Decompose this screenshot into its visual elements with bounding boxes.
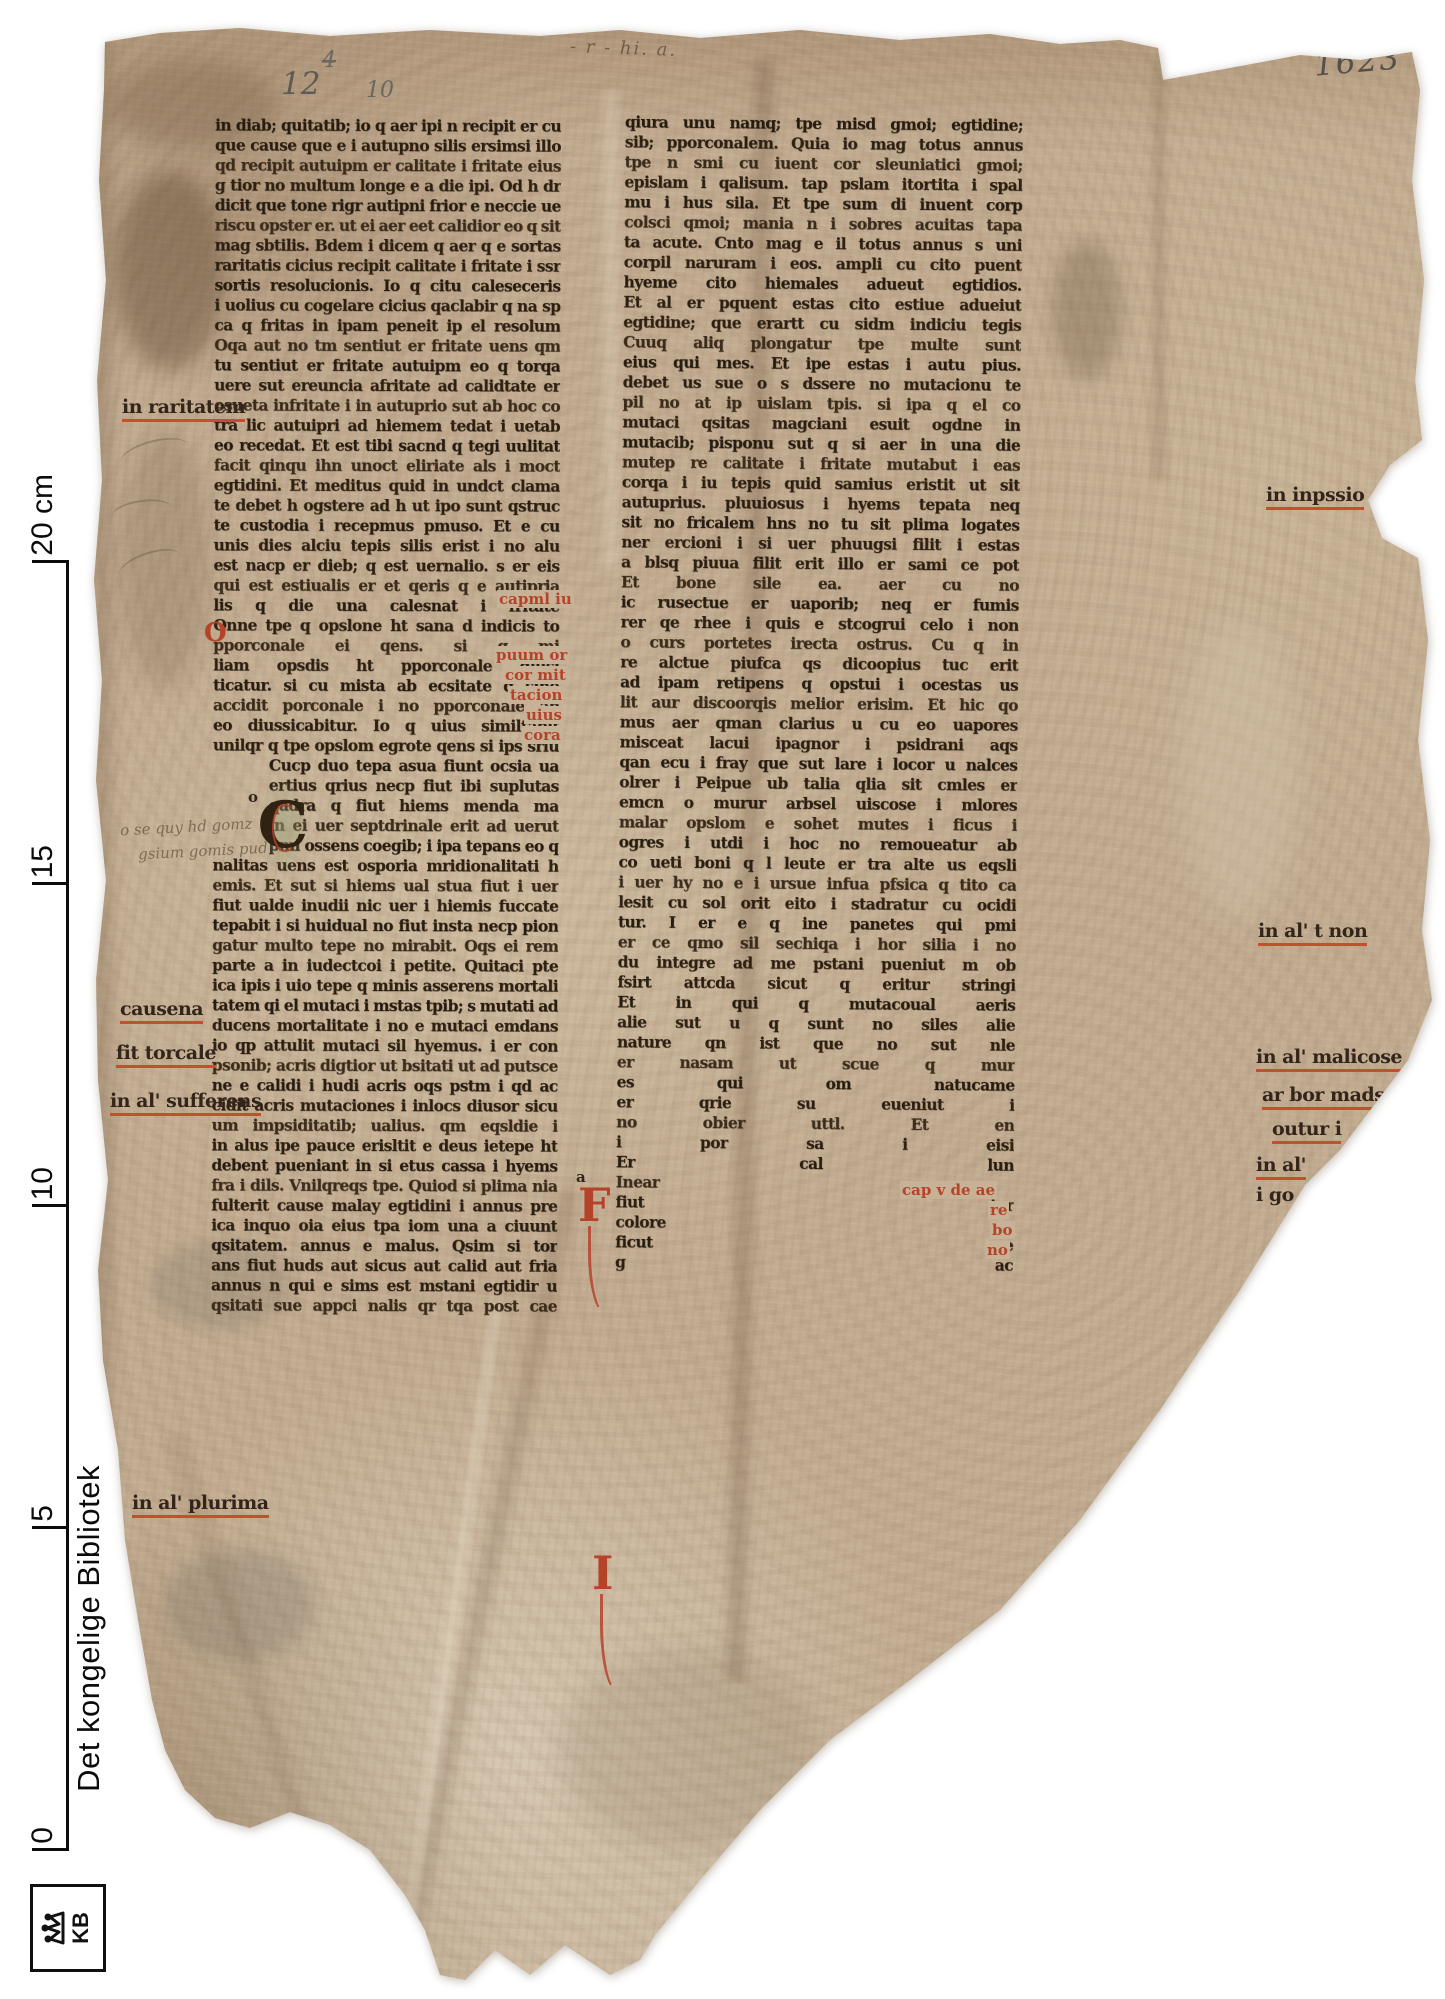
scale-tick-5: 5 (32, 1526, 69, 1529)
shelfmark-layer: 41210- r - hi. a.1623 (0, 0, 1445, 1999)
scale-tick-10: 10 (32, 1204, 69, 1207)
struck-number: 4 (322, 48, 336, 73)
parchment-surface: in diab; quitatib; io q aer ipi n recipi… (88, 28, 1440, 1992)
scale-label-5: 5 (26, 1505, 60, 1522)
scale-tick-15: 15 (32, 882, 69, 885)
shelfmark-1623: 1623 (1313, 40, 1403, 83)
fragment-number-10: 10 (366, 78, 394, 103)
scale-label-10: 10 (26, 1167, 60, 1200)
fragment-number-12: 12 (281, 66, 320, 102)
scale-label-0: 0 (26, 1827, 60, 1844)
manuscript-fragment: in diab; quitatib; io q aer ipi n recipi… (88, 28, 1440, 1992)
digitized-manuscript-page: 20 cm 15 10 5 0 Det kongelige Bibliotek … (0, 0, 1445, 1999)
scale-tick-0: 0 (32, 1848, 69, 1851)
scale-tick-20cm: 20 cm (32, 560, 69, 563)
scale-label-20cm: 20 cm (26, 474, 60, 556)
scale-label-15: 15 (26, 845, 60, 878)
ink-annotation: - r - hi. a. (570, 36, 678, 61)
crown-kb-icon: KB (41, 1901, 95, 1955)
